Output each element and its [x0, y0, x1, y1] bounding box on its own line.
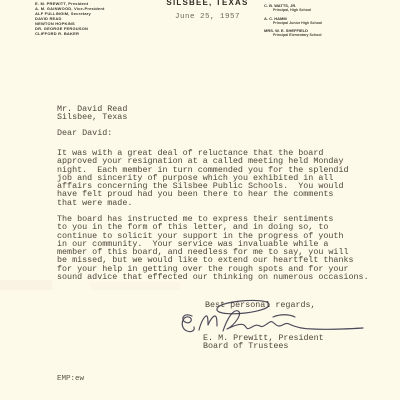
typist-initials: EMP:ew: [57, 375, 84, 383]
signer-block: E. M. Prewitt, President Board of Truste…: [203, 334, 324, 351]
staff-title: Principal Junior High School: [264, 21, 396, 26]
staff-entry: MRS. W. E. SHEFFIELD Principal Elementar…: [264, 28, 396, 38]
letterhead-staff-list: C. B. WATTS, JR. Principal, High School …: [264, 3, 396, 41]
scanned-letter: E. M. PREWITT, President A. M. GAINWOOD,…: [0, 0, 400, 400]
staff-entry: A. C. HAMM Principal Junior High School: [264, 16, 396, 26]
salutation: Dear David:: [57, 129, 112, 137]
body-paragraph: It was with a great deal of reluctance t…: [57, 149, 377, 207]
recipient-address: Mr. David Read Silsbee, Texas: [57, 105, 127, 122]
staff-title: Principal Elementary School: [264, 33, 396, 38]
staff-title: Principal, High School: [264, 8, 396, 13]
body-paragraph: The board has instructed me to express t…: [57, 215, 387, 281]
scan-artifact: [90, 282, 180, 290]
staff-entry: C. B. WATTS, JR. Principal, High School: [264, 3, 396, 13]
board-member: CLIFFORD R. BAKER: [35, 31, 165, 36]
scan-artifact: [0, 280, 52, 290]
closing-line: Best personal regards,: [205, 301, 316, 309]
